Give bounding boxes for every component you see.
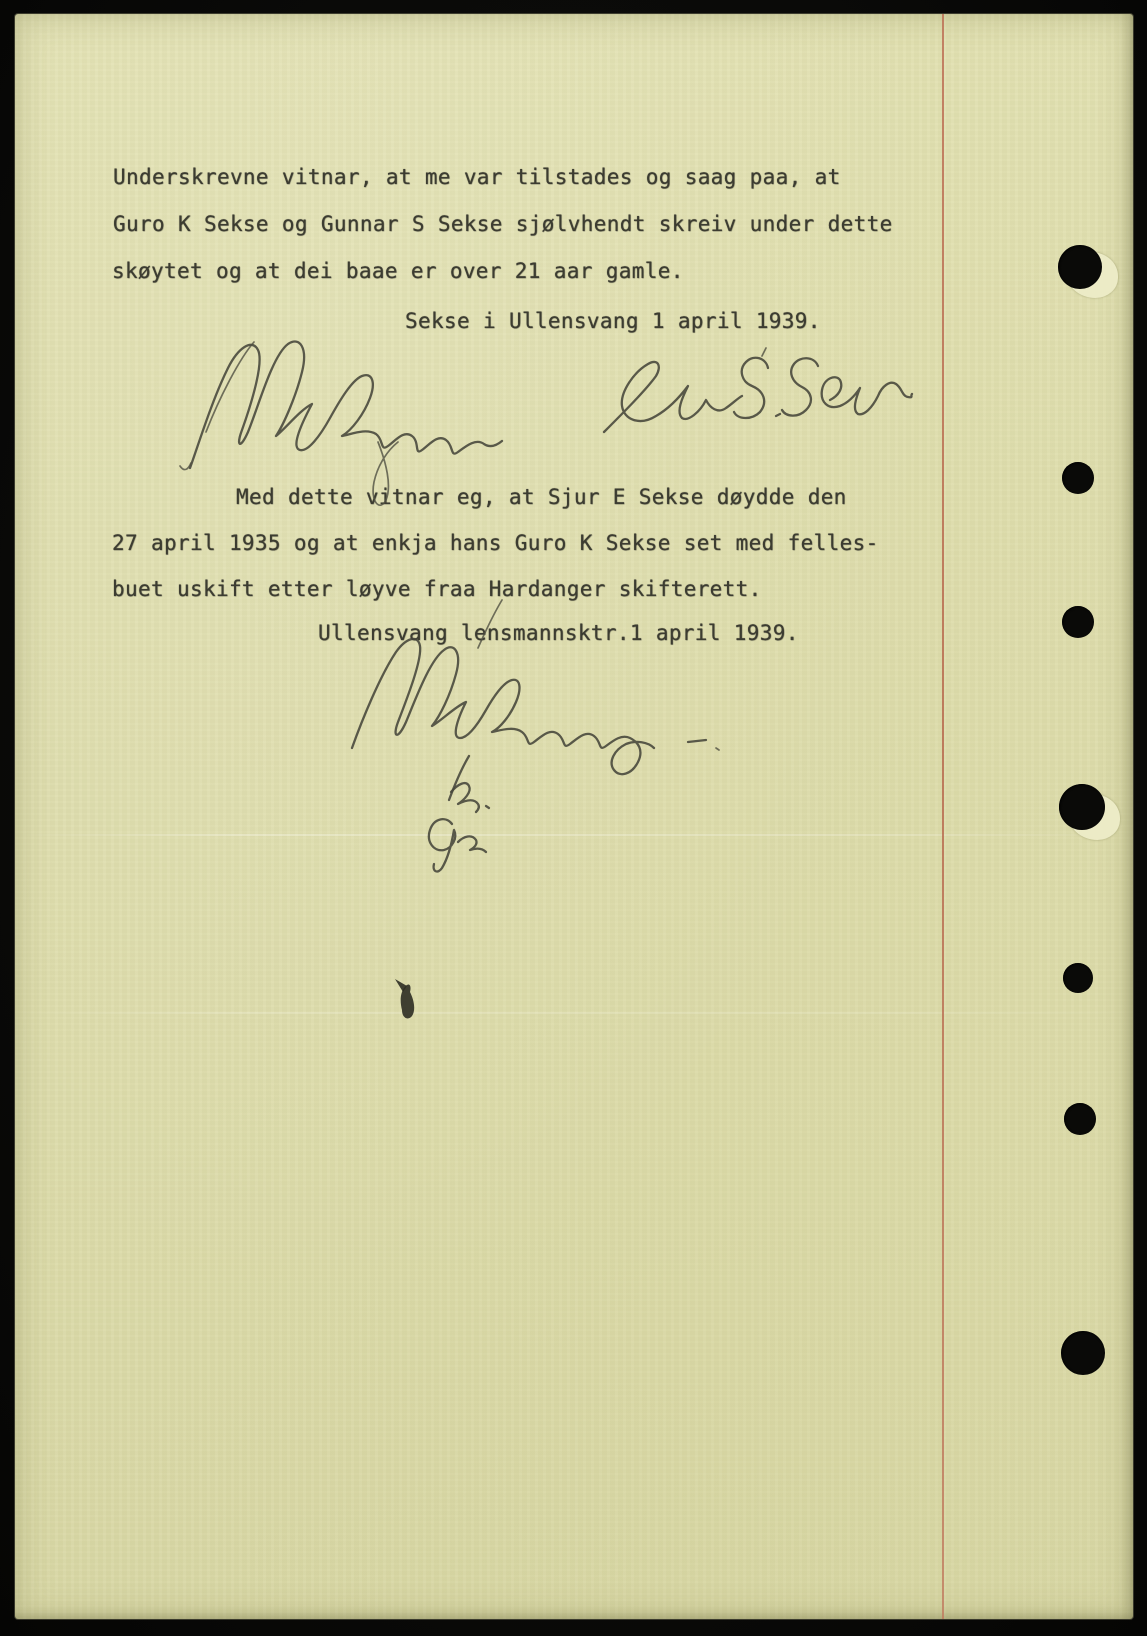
punch-hole xyxy=(1059,784,1105,830)
paper-grain xyxy=(757,14,759,1619)
scanned-document-page: Underskrevne vitnar, at me var tilstades… xyxy=(0,0,1147,1636)
margin-line xyxy=(942,14,944,1619)
punch-hole xyxy=(1063,963,1093,993)
punch-hole xyxy=(1064,1103,1096,1135)
typed-line: buet uskift etter løyve fraa Hardanger s… xyxy=(112,578,762,601)
punch-hole xyxy=(1058,245,1102,289)
typed-line: Underskrevne vitnar, at me var tilstades… xyxy=(113,166,841,189)
paper-crease xyxy=(15,834,1133,836)
punch-hole xyxy=(1062,462,1094,494)
typed-line: skøytet og at dei baae er over 21 aar ga… xyxy=(112,260,684,283)
typed-line: Guro K Sekse og Gunnar S Sekse sjølvhend… xyxy=(113,213,893,236)
typed-line: Med dette vitnar eg, at Sjur E Sekse døy… xyxy=(236,486,847,509)
paper-crease xyxy=(15,1012,1133,1014)
typed-line-dateline: Ullensvang lensmannsktr.1 april 1939. xyxy=(318,622,799,645)
punch-hole xyxy=(1062,606,1094,638)
paper-sheet xyxy=(15,14,1133,1619)
typed-line-dateline: Sekse i Ullensvang 1 april 1939. xyxy=(405,310,821,333)
paper-grain xyxy=(575,14,577,1619)
punch-hole xyxy=(1061,1331,1105,1375)
typed-line: 27 april 1935 og at enkja hans Guro K Se… xyxy=(112,532,879,555)
